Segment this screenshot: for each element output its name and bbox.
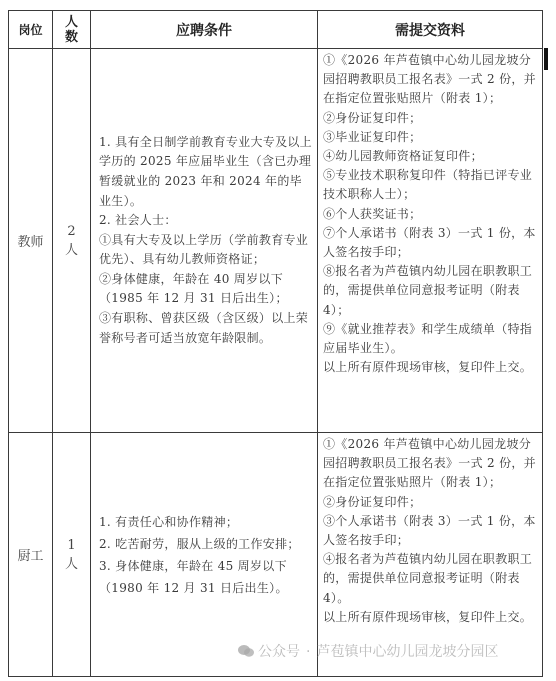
condition-item: ①具有大专及以上学历（学前教育专业优先）、具有幼儿教师资格证； — [99, 231, 313, 270]
recruitment-table: 岗位 人数 应聘条件 需提交资料 教师 2 人 1. 具有全日制学前教育专业大专… — [8, 10, 543, 677]
condition-item: 2. 吃苦耐劳，服从上级的工作安排； — [99, 533, 313, 555]
document-item: ③毕业证复印件； — [323, 128, 538, 147]
document-item: ②身份证复印件； — [323, 109, 538, 128]
condition-item: ③有职称、曾获区级（含区级）以上荣誉称号者可适当放宽年龄限制。 — [99, 309, 313, 348]
conditions-cell: 1. 具有全日制学前教育专业大专及以上学历的 2025 年应届毕业生（含已办理暂… — [91, 49, 318, 433]
condition-item: 3. 身体健康，年龄在 45 周岁以下（1980 年 12 月 31 日后出生）… — [99, 555, 313, 599]
document-note: 以上所有原件现场审核，复印件上交。 — [323, 358, 538, 377]
header-documents: 需提交资料 — [318, 11, 543, 49]
document-item: ⑦个人承诺书（附表 3）一式 1 份，本人签名按手印； — [323, 224, 538, 262]
document-note: 以上所有原件现场审核，复印件上交。 — [323, 608, 538, 627]
count-number: 1 — [53, 536, 90, 555]
document-item: ④幼儿园教师资格证复印件； — [323, 147, 538, 166]
documents-cell: ①《2026 年芦苞镇中心幼儿园龙坡分园招聘教职员工报名表》一式 2 份，并在指… — [318, 433, 543, 677]
count-unit: 人 — [53, 241, 90, 260]
table-row-teacher: 教师 2 人 1. 具有全日制学前教育专业大专及以上学历的 2025 年应届毕业… — [9, 49, 543, 433]
count-number: 2 — [53, 222, 90, 241]
position-cell: 厨工 — [9, 433, 53, 677]
condition-item: 2. 社会人士： — [99, 211, 313, 231]
document-item: ④报名者为芦苞镇内幼儿园在职教职工的，需提供单位同意报考证明（附表 4）。 — [323, 550, 538, 608]
condition-item: ②身体健康，年龄在 40 周岁以下（1985 年 12 月 31 日后出生）； — [99, 270, 313, 309]
header-conditions: 应聘条件 — [91, 11, 318, 49]
document-item: ③个人承诺书（附表 3）一式 1 份，本人签名按手印； — [323, 512, 538, 550]
table-row-cook: 厨工 1 人 1. 有责任心和协作精神； 2. 吃苦耐劳，服从上级的工作安排； … — [9, 433, 543, 677]
condition-item: 1. 具有全日制学前教育专业大专及以上学历的 2025 年应届毕业生（含已办理暂… — [99, 133, 313, 211]
document-item: ⑧报名者为芦苞镇内幼儿园在职教职工的，需提供单位同意报考证明（附表 4）； — [323, 262, 538, 320]
document-item: ①《2026 年芦苞镇中心幼儿园龙坡分园招聘教职员工报名表》一式 2 份，并在指… — [323, 51, 538, 109]
document-item: ①《2026 年芦苞镇中心幼儿园龙坡分园招聘教职员工报名表》一式 2 份，并在指… — [323, 435, 538, 493]
condition-item: 1. 有责任心和协作精神； — [99, 511, 313, 533]
header-count-text: 人数 — [53, 15, 90, 45]
count-cell: 2 人 — [53, 49, 91, 433]
document-item: ⑨《就业推荐表》和学生成绩单（特指应届毕业生）。 — [323, 320, 538, 358]
position-cell: 教师 — [9, 49, 53, 433]
document-item: ②身份证复印件； — [323, 493, 538, 512]
conditions-cell: 1. 有责任心和协作精神； 2. 吃苦耐劳，服从上级的工作安排； 3. 身体健康… — [91, 433, 318, 677]
count-cell: 1 人 — [53, 433, 91, 677]
border-accent — [544, 48, 548, 70]
header-count: 人数 — [53, 11, 91, 49]
header-position: 岗位 — [9, 11, 53, 49]
table-header-row: 岗位 人数 应聘条件 需提交资料 — [9, 11, 543, 49]
documents-cell: ①《2026 年芦苞镇中心幼儿园龙坡分园招聘教职员工报名表》一式 2 份，并在指… — [318, 49, 543, 433]
count-unit: 人 — [53, 555, 90, 574]
document-item: ⑤专业技术职称复印件（特指已评专业技术职称人士）； — [323, 166, 538, 204]
document-item: ⑥个人获奖证书； — [323, 205, 538, 224]
